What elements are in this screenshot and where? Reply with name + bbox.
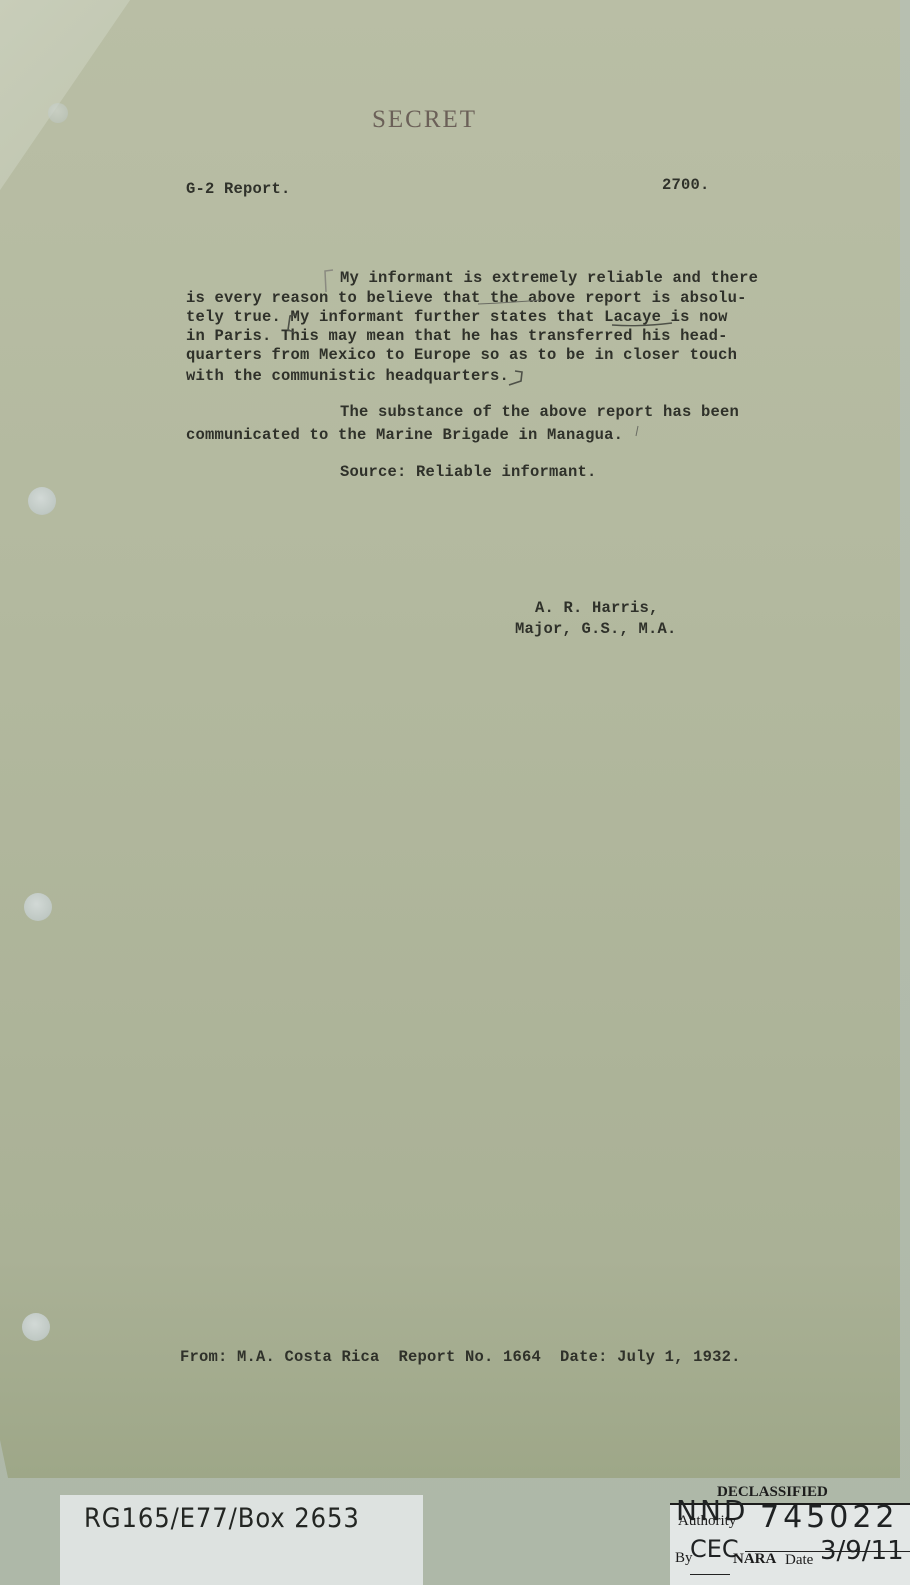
- archive-label-text: RG165/E77/Box 2653: [84, 1503, 360, 1534]
- signature-title: Major, G.S., M.A.: [515, 620, 677, 640]
- signature-name: A. R. Harris,: [535, 599, 659, 619]
- paragraph-line: communicated to the Marine Brigade in Ma…: [186, 426, 623, 446]
- nara-label: NARA: [733, 1551, 776, 1568]
- pencil-annotations: [0, 0, 910, 500]
- authority-label: Authority: [678, 1513, 736, 1530]
- paragraph-line: The substance of the above report has be…: [340, 403, 739, 423]
- source-line: Source: Reliable informant.: [340, 463, 597, 483]
- date-label: Date: [785, 1552, 813, 1569]
- punch-hole-middle: [24, 893, 52, 921]
- by-rule: [690, 1574, 730, 1575]
- punch-hole-bottom: [22, 1313, 50, 1341]
- by-value: CEC: [690, 1535, 739, 1563]
- report-footer: From: M.A. Costa Rica Report No. 1664 Da…: [180, 1348, 741, 1368]
- authority-value: 745022: [760, 1500, 899, 1535]
- date-value: 3/9/11: [820, 1536, 904, 1566]
